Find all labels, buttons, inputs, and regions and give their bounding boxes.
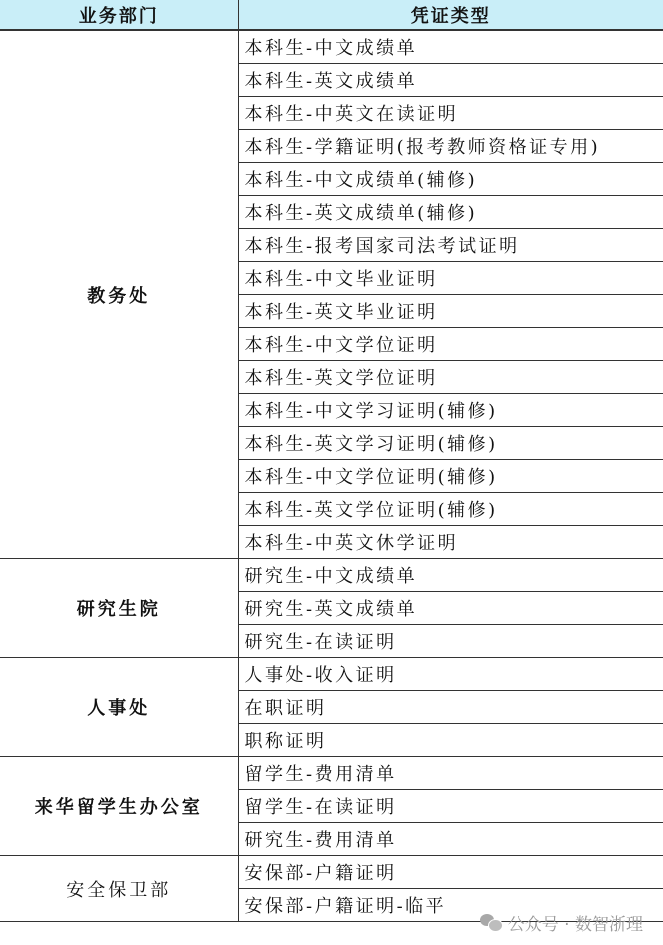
certificate-cell: 在职证明 bbox=[238, 691, 663, 724]
department-cell: 安全保卫部 bbox=[0, 856, 238, 922]
certificate-cell: 本科生-英文学习证明(辅修) bbox=[238, 427, 663, 460]
certificate-cell: 安保部-户籍证明 bbox=[238, 856, 663, 889]
certificate-cell: 本科生-中文学位证明(辅修) bbox=[238, 460, 663, 493]
certificate-cell: 职称证明 bbox=[238, 724, 663, 757]
certificate-cell: 本科生-中文成绩单 bbox=[238, 30, 663, 64]
header-certificate-type: 凭证类型 bbox=[238, 0, 663, 30]
certificate-cell: 本科生-英文毕业证明 bbox=[238, 295, 663, 328]
header-row: 业务部门 凭证类型 bbox=[0, 0, 663, 30]
certificate-cell: 留学生-费用清单 bbox=[238, 757, 663, 790]
certificate-cell: 本科生-英文成绩单(辅修) bbox=[238, 196, 663, 229]
certificate-cell: 研究生-英文成绩单 bbox=[238, 592, 663, 625]
certificate-cell: 留学生-在读证明 bbox=[238, 790, 663, 823]
certificate-cell: 研究生-费用清单 bbox=[238, 823, 663, 856]
certificate-cell: 研究生-在读证明 bbox=[238, 625, 663, 658]
department-cell: 研究生院 bbox=[0, 559, 238, 658]
certificate-cell: 人事处-收入证明 bbox=[238, 658, 663, 691]
certificate-cell: 本科生-报考国家司法考试证明 bbox=[238, 229, 663, 262]
certificate-cell: 本科生-英文学位证明 bbox=[238, 361, 663, 394]
certificate-cell: 本科生-学籍证明(报考教师资格证专用) bbox=[238, 130, 663, 163]
certificate-cell: 研究生-中文成绩单 bbox=[238, 559, 663, 592]
table-row: 研究生院 研究生-中文成绩单 bbox=[0, 559, 663, 592]
certificate-cell: 本科生-中英文休学证明 bbox=[238, 526, 663, 559]
wechat-icon bbox=[480, 914, 502, 932]
table-row: 来华留学生办公室 留学生-费用清单 bbox=[0, 757, 663, 790]
certificate-cell: 本科生-英文学位证明(辅修) bbox=[238, 493, 663, 526]
certificate-cell: 本科生-中英文在读证明 bbox=[238, 97, 663, 130]
certificate-cell: 本科生-中文成绩单(辅修) bbox=[238, 163, 663, 196]
certificate-type-table: 业务部门 凭证类型 教务处 本科生-中文成绩单 本科生-英文成绩单 本科生-中英… bbox=[0, 0, 663, 922]
header-department: 业务部门 bbox=[0, 0, 238, 30]
watermark-text: 公众号 · 数智浙理 bbox=[508, 910, 643, 935]
certificate-cell: 本科生-中文毕业证明 bbox=[238, 262, 663, 295]
certificate-cell: 本科生-英文成绩单 bbox=[238, 64, 663, 97]
table-row: 安全保卫部 安保部-户籍证明 bbox=[0, 856, 663, 889]
department-cell: 教务处 bbox=[0, 30, 238, 559]
certificate-cell: 本科生-中文学习证明(辅修) bbox=[238, 394, 663, 427]
certificate-cell: 本科生-中文学位证明 bbox=[238, 328, 663, 361]
department-cell: 来华留学生办公室 bbox=[0, 757, 238, 856]
department-cell: 人事处 bbox=[0, 658, 238, 757]
watermark: 公众号 · 数智浙理 bbox=[480, 910, 643, 935]
table-row: 教务处 本科生-中文成绩单 bbox=[0, 30, 663, 64]
table-row: 人事处 人事处-收入证明 bbox=[0, 658, 663, 691]
